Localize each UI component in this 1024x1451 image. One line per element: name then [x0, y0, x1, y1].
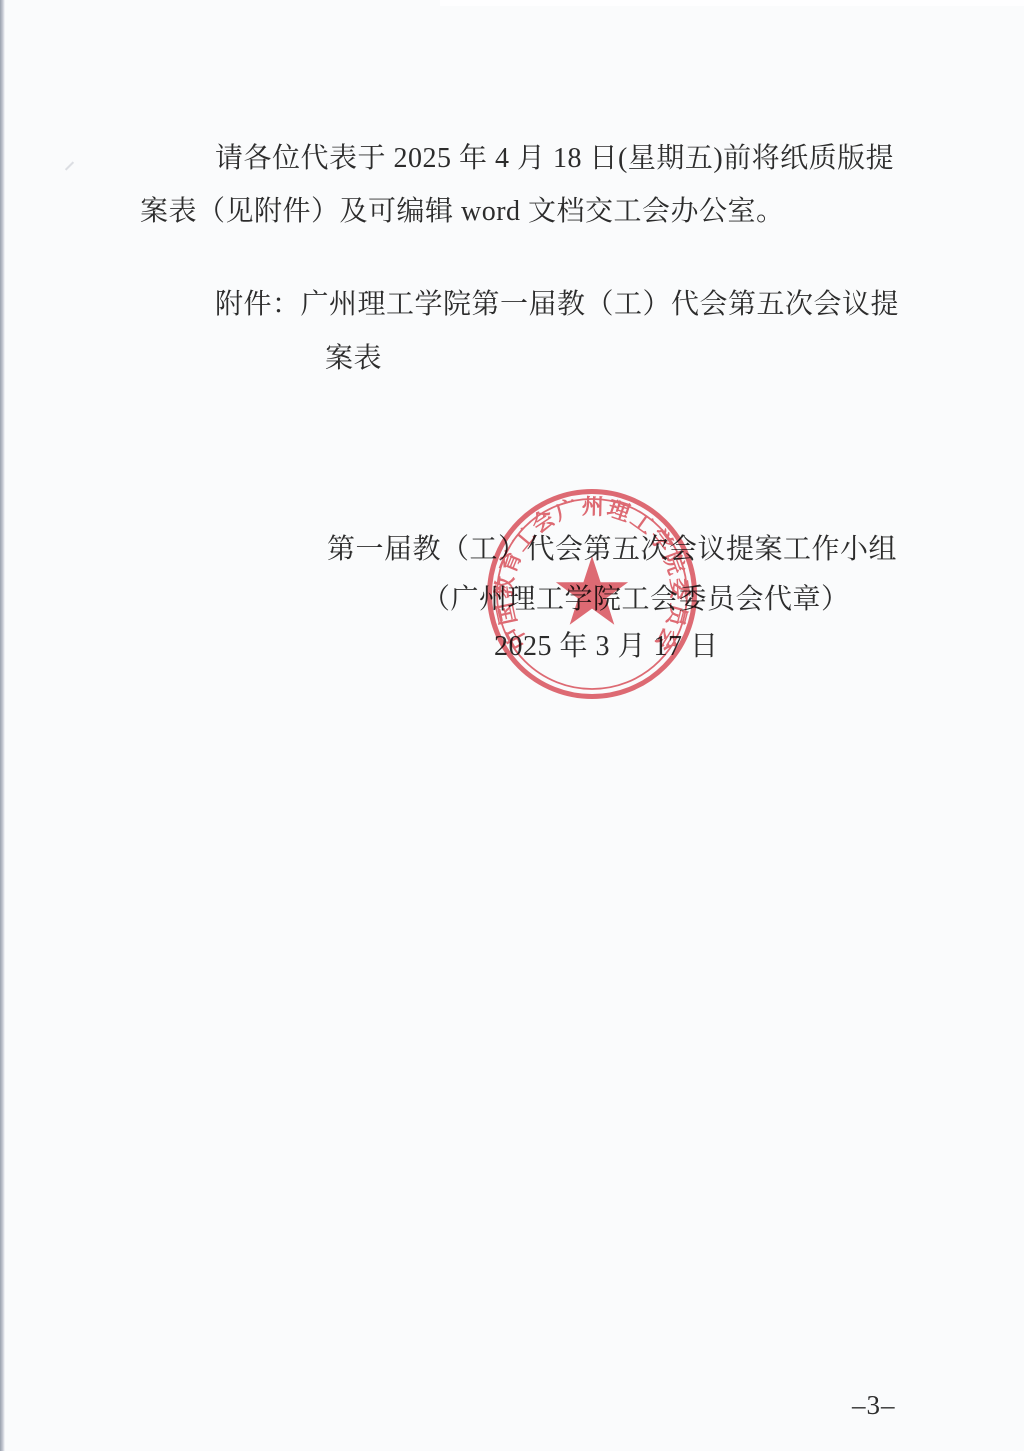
page-number: –3–: [852, 1389, 896, 1421]
seal-star-icon: [556, 556, 628, 625]
scan-edge-shadow: [0, 0, 5, 1451]
attachment-note-line-2: 案表: [325, 342, 382, 376]
scanned-document-page: { "colors": { "paper": "#fafbfc", "ink":…: [0, 0, 1024, 1451]
body-paragraph-line-1: 请各位代表于 2025 年 4 月 18 日(星期五)前将纸质版提: [215, 142, 894, 176]
body-paragraph-line-2: 案表（见附件）及可编辑 word 文档交工会办公室。: [140, 195, 785, 229]
scan-top-strip: [440, 0, 1024, 6]
official-seal-stamp: 中国教育工会广州理工学院委员会: [482, 484, 702, 704]
attachment-note-line-1: 附件：广州理工学院第一届教（工）代会第五次会议提: [215, 288, 899, 322]
scan-artifact-mark: [65, 161, 74, 170]
